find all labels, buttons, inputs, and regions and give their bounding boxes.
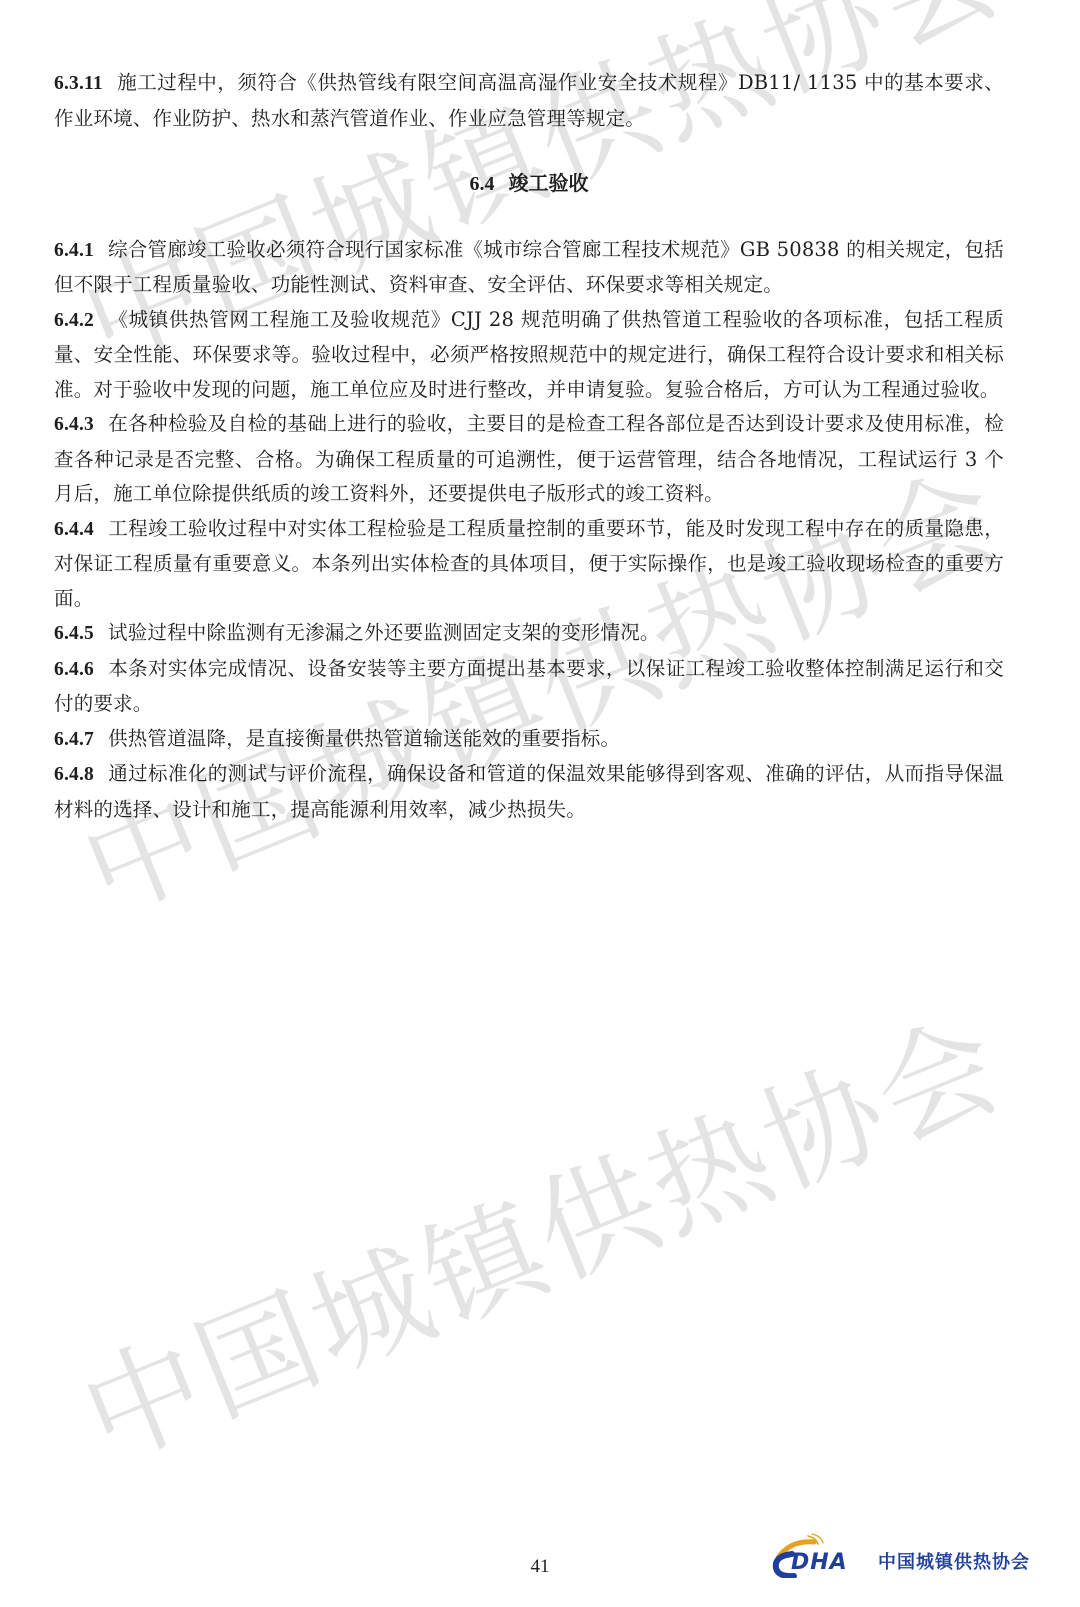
- clause-number: 6.4.3: [54, 414, 94, 435]
- clause-6-4-5: 6.4.5试验过程中除监测有无渗漏之外还要监测固定支架的变形情况。: [54, 616, 1004, 652]
- clause-6-4-3: 6.4.3在各种检验及自检的基础上进行的验收，主要目的是检查工程各部位是否达到设…: [54, 407, 1004, 512]
- clause-6-4-4: 6.4.4工程竣工验收过程中对实体工程检验是工程质量控制的重要环节，能及时发现工…: [54, 512, 1004, 617]
- logo-abbreviation: DHA: [791, 1550, 848, 1575]
- clause-text: 综合管廊竣工验收必须符合现行国家标准《城市综合管廊工程技术规范》GB 50838…: [54, 238, 1004, 297]
- clause-text: 供热管道温降，是直接衡量供热管道输送能效的重要指标。: [108, 727, 620, 750]
- association-logo: DHA 中国城镇供热协会: [768, 1530, 1030, 1578]
- clause-number: 6.4.2: [54, 310, 94, 331]
- clause-6-4-7: 6.4.7供热管道温降，是直接衡量供热管道输送能效的重要指标。: [54, 722, 1004, 758]
- clause-text: 工程竣工验收过程中对实体工程检验是工程质量控制的重要环节，能及时发现工程中存在的…: [54, 517, 1004, 610]
- clause-6-3-11: 6.3.11施工过程中，须符合《供热管线有限空间高温高湿作业安全技术规程》DB1…: [54, 66, 1004, 136]
- clause-6-4-6: 6.4.6本条对实体完成情况、设备安装等主要方面提出基本要求，以保证工程竣工验收…: [54, 652, 1004, 722]
- clause-text: 试验过程中除监测有无渗漏之外还要监测固定支架的变形情况。: [108, 621, 660, 644]
- clause-6-4-8: 6.4.8通过标准化的测试与评价流程，确保设备和管道的保温效果能够得到客观、准确…: [54, 757, 1004, 827]
- clause-number: 6.4.6: [54, 659, 94, 680]
- section-heading: 6.4竣工验收: [54, 166, 1004, 202]
- section-number: 6.4: [470, 173, 495, 195]
- document-body: 6.3.11施工过程中，须符合《供热管线有限空间高温高湿作业安全技术规程》DB1…: [54, 66, 1004, 827]
- clause-number: 6.4.4: [54, 519, 94, 540]
- clause-text: 施工过程中，须符合《供热管线有限空间高温高湿作业安全技术规程》DB11/ 113…: [54, 71, 1004, 130]
- clause-number: 6.4.7: [54, 729, 94, 750]
- clause-text: 《城镇供热管网工程施工及验收规范》CJJ 28 规范明确了供热管道工程验收的各项…: [54, 308, 1004, 401]
- clause-6-4-2: 6.4.2《城镇供热管网工程施工及验收规范》CJJ 28 规范明确了供热管道工程…: [54, 303, 1004, 408]
- clause-text: 通过标准化的测试与评价流程，确保设备和管道的保温效果能够得到客观、准确的评估，从…: [54, 762, 1004, 821]
- clause-6-4-1: 6.4.1综合管廊竣工验收必须符合现行国家标准《城市综合管廊工程技术规范》GB …: [54, 233, 1004, 303]
- watermark: 中国城镇供热协会: [54, 970, 1023, 1493]
- clause-text: 本条对实体完成情况、设备安装等主要方面提出基本要求，以保证工程竣工验收整体控制满…: [54, 657, 1004, 716]
- clause-number: 6.3.11: [54, 73, 103, 94]
- clause-number: 6.4.8: [54, 764, 94, 785]
- clause-number: 6.4.1: [54, 240, 94, 261]
- section-title: 竣工验收: [509, 171, 589, 195]
- clause-text: 在各种检验及自检的基础上进行的验收，主要目的是检查工程各部位是否达到设计要求及使…: [54, 412, 1004, 505]
- clause-number: 6.4.5: [54, 623, 94, 644]
- logo-name: 中国城镇供热协会: [878, 1548, 1030, 1574]
- logo-mark: DHA: [768, 1532, 866, 1578]
